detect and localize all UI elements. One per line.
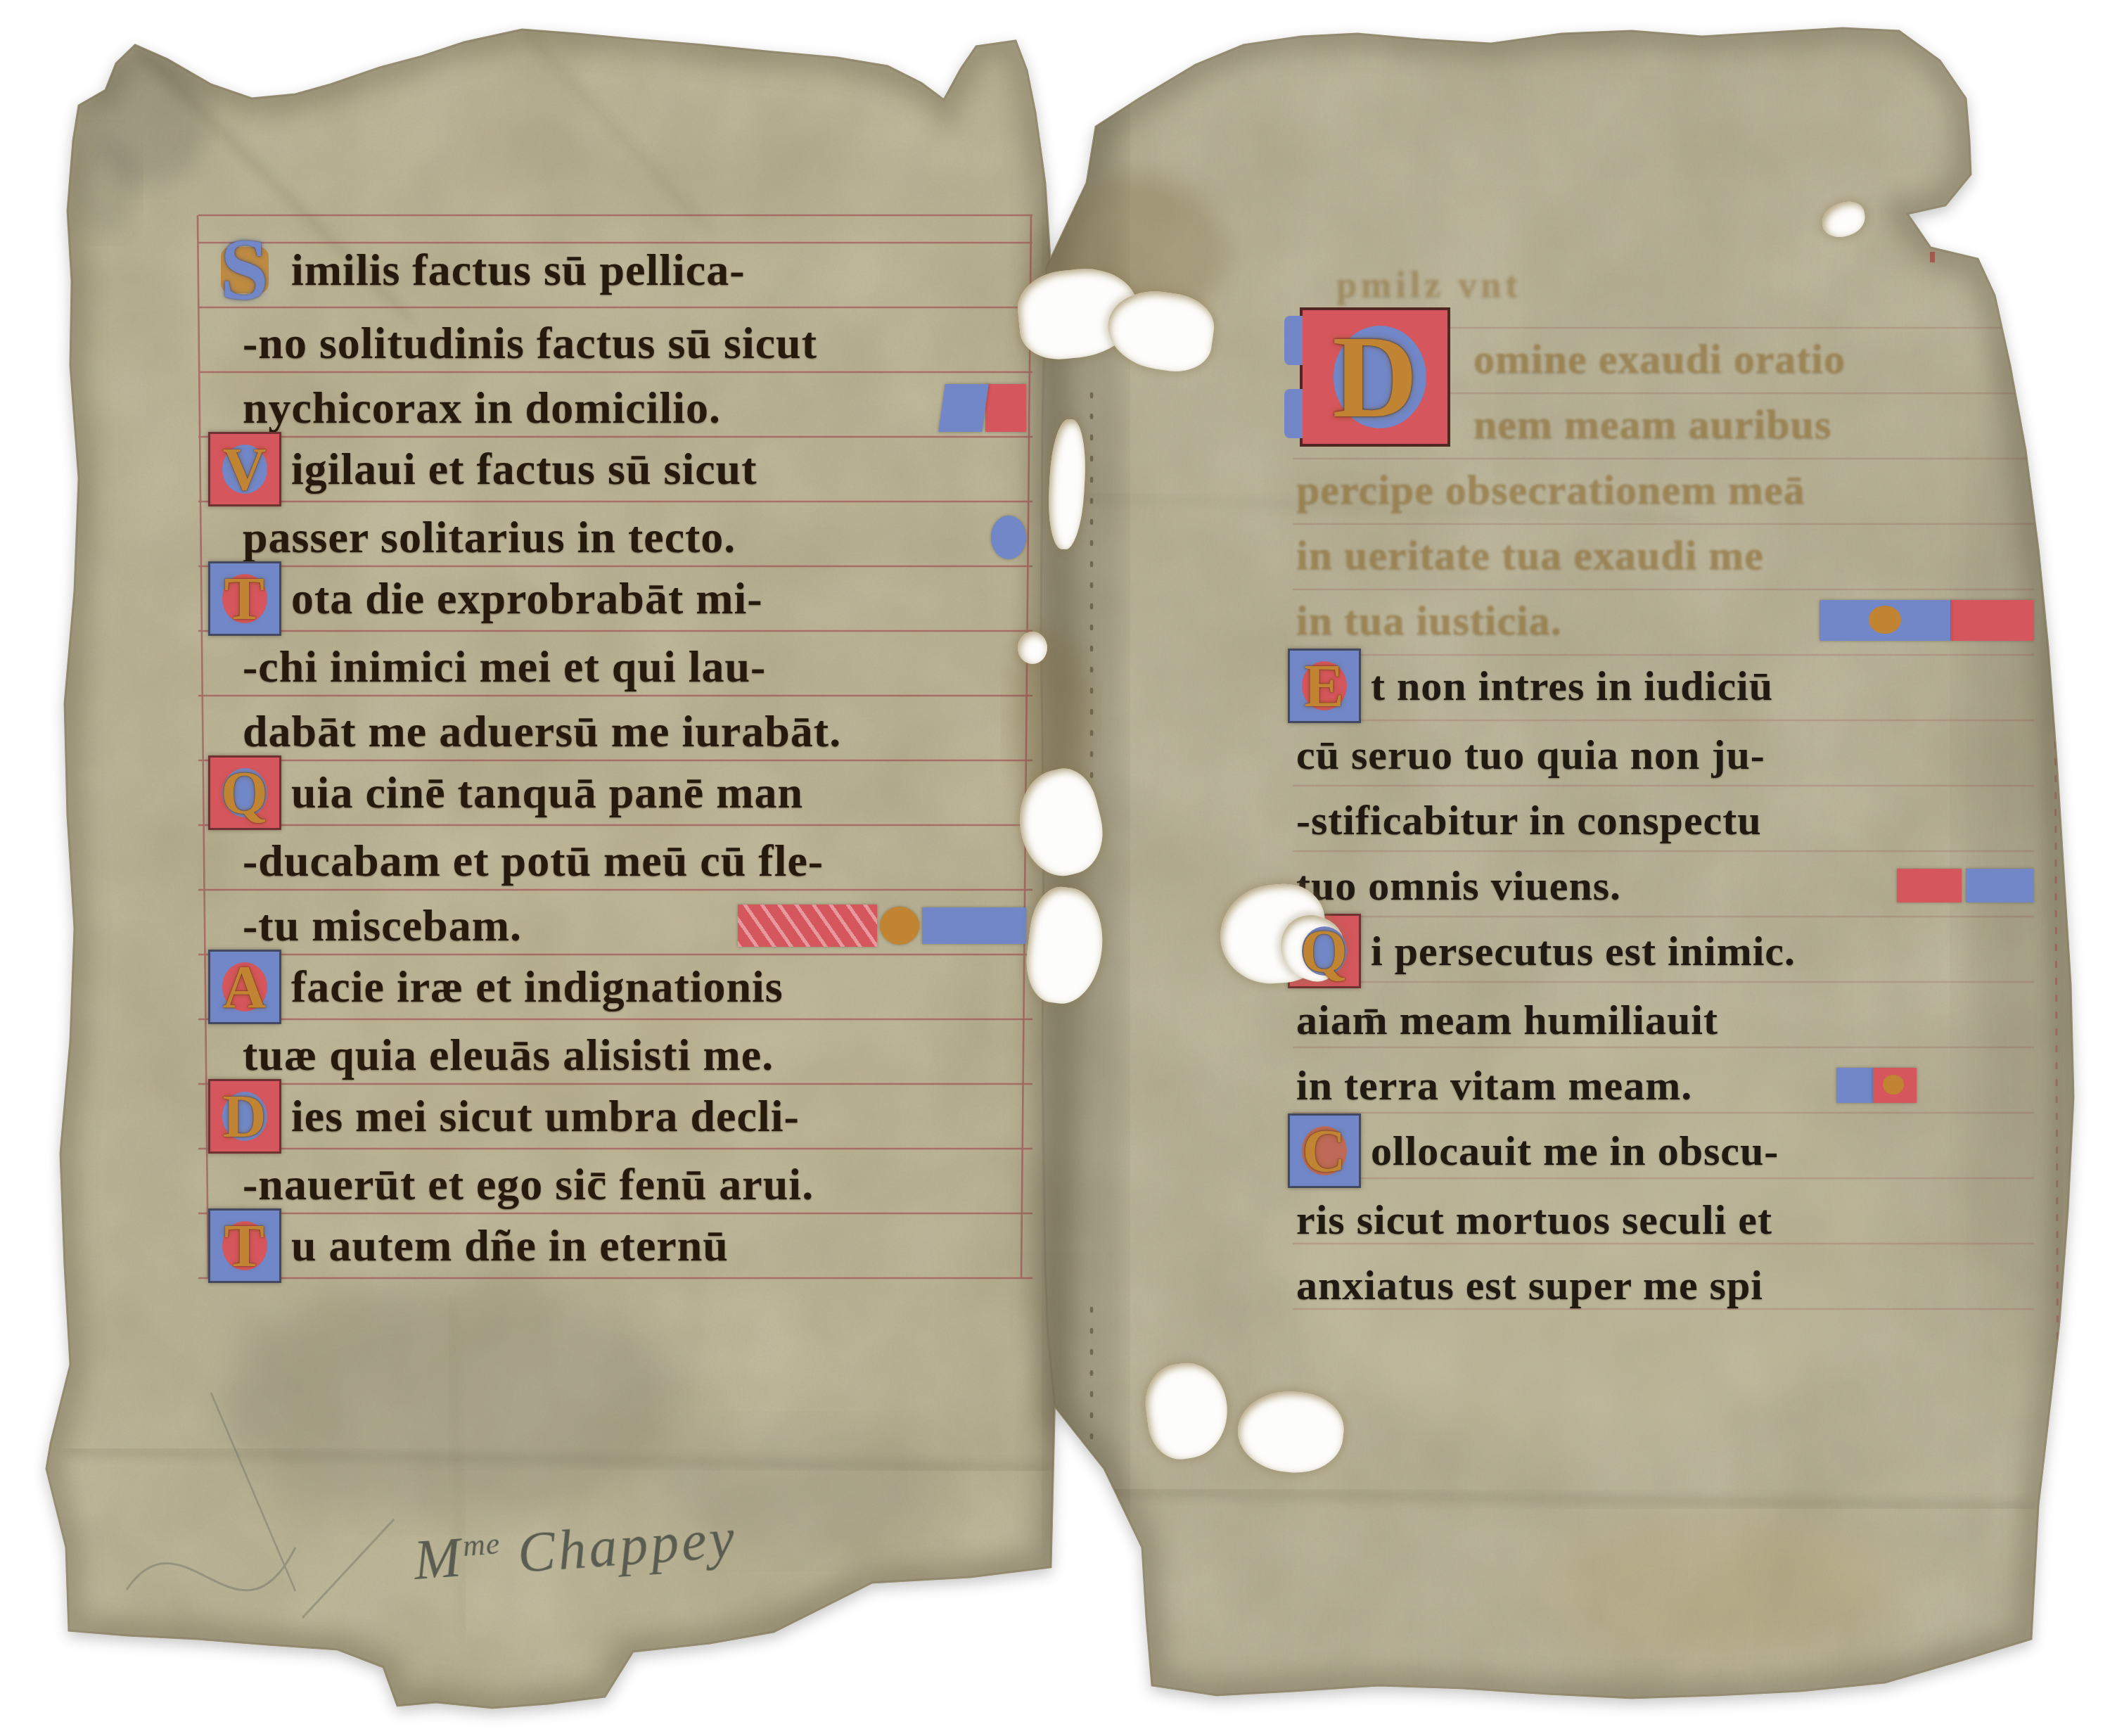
illuminated-initial-V: V [208,432,281,506]
line-filler [991,516,1026,559]
text-line: Quia cinē tanquā panē man [208,760,1029,826]
text-line: -no solitudinis factus sū sicut [243,310,1029,376]
text-line: anxiatus est super me spi [1296,1252,2036,1318]
text-line: Tota die exprobrabāt mi- [208,566,1029,632]
text-line: in ueritate tua exaudi me [1296,522,2036,588]
illuminated-initial-E: E [1288,649,1361,723]
text-line: in tua iusticia. [1296,587,2036,653]
line-filler [942,384,1026,432]
text-line: Qi persecutus est inimic. [1288,918,2036,984]
text-line: tuæ quia eleuās alisisti me. [243,1022,1029,1088]
illuminated-initial-D: D [208,1079,281,1154]
text-line: aiam̄ meam humiliauit [1296,987,2036,1053]
line-filler-ornate [738,905,1026,947]
text-line: in terra vitam meam. [1296,1052,2036,1118]
text-line: Afacie iræ et indignationis [208,954,1029,1020]
illuminated-initial-S: S [208,233,281,307]
line-filler [1897,869,2033,902]
text-line: nychicorax in domicilio. [243,375,1029,441]
text-line: -chi inimici mei et qui lau- [243,634,1029,700]
line-filler [1820,600,2033,641]
text-line: -tu miscebam. [243,893,1029,959]
initial-flourish [1284,316,1303,365]
text-line: Et non intres in iudiciū [1288,653,2036,719]
text-line: -stificabitur in conspectu [1296,787,2036,853]
text-line: -nauerūt et ego sic̄ fenū arui. [243,1151,1029,1218]
text-line: Dies mei sicut umbra decli- [208,1083,1029,1149]
text-line: Similis factus sū pellica- [208,237,1029,303]
damage-hole [1018,632,1047,664]
text-line: cū seruo tuo quia non ju- [1296,722,2036,788]
illuminated-initial-C: C [1288,1113,1361,1188]
illuminated-initial-A: A [208,950,281,1024]
text-line: Tu autem dñe in eternū [208,1213,1029,1279]
text-line: Vigilaui et factus sū sicut [208,436,1029,502]
illuminated-initial-T2: T [208,1208,281,1283]
text-line: dabāt me aduersū me iurabāt. [243,698,1029,765]
illuminated-initial-T: T [208,561,281,636]
text-line: tuo omnis viuens. [1296,853,2036,919]
text-line: passer solitarius in tecto. [243,504,1029,570]
line-filler [1836,1068,1917,1103]
text-line: percipe obsecrationem meā [1296,457,2036,523]
illuminated-initial-big-D: D [1300,307,1450,447]
initial-flourish [1284,389,1303,438]
manuscript-scan: Similis factus sū pellica- -no solitudin… [0,0,2110,1736]
line-text: imilis factus sū pellica- [291,244,745,296]
text-line: Collocauit me in obscu- [1288,1118,2036,1184]
illuminated-initial-Q: Q [208,755,281,830]
text-line: -ducabam et potū meū cū fle- [243,828,1029,894]
text-line: ris sicut mortuos seculi et [1296,1187,2036,1253]
